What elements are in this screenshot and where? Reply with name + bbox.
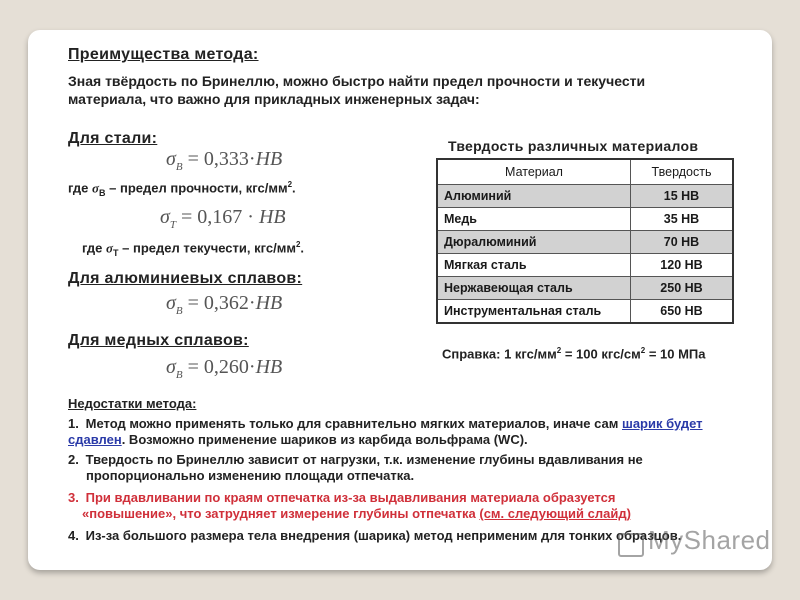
cell-material: Алюминий bbox=[437, 185, 631, 208]
cell-hardness: 35 HB bbox=[631, 208, 734, 231]
copper-title: Для медных сплавов: bbox=[68, 332, 249, 350]
cell-material: Нержавеющая сталь bbox=[437, 277, 631, 300]
steel-formula-yield: σT = 0,167 · HB bbox=[160, 206, 286, 231]
steel-note-strength: где σB – предел прочности, кгс/мм2. bbox=[68, 180, 296, 198]
header-hardness: Твердость bbox=[631, 159, 734, 185]
cell-hardness: 15 HB bbox=[631, 185, 734, 208]
cell-hardness: 250 HB bbox=[631, 277, 734, 300]
hardness-table: Материал Твердость Алюминий 15 HB Медь 3… bbox=[436, 158, 734, 324]
list-item: 4. Из-за большого размера тела внедрения… bbox=[68, 528, 748, 544]
aluminum-title: Для алюминиевых сплавов: bbox=[68, 270, 302, 288]
list-item: 1. Метод можно применять только для срав… bbox=[68, 416, 748, 448]
header-material: Материал bbox=[437, 159, 631, 185]
table-row: Инструментальная сталь 650 HB bbox=[437, 300, 733, 324]
table-title: Твердость различных материалов bbox=[448, 138, 698, 154]
advantages-line-1: Зная твёрдость по Бринеллю, можно быстро… bbox=[68, 72, 645, 90]
steel-title: Для стали: bbox=[68, 130, 157, 148]
table-header-row: Материал Твердость bbox=[437, 159, 733, 185]
copper-formula: σB = 0,260·HB bbox=[166, 356, 282, 381]
steel-note-yield: где σT – предел текучести, кгс/мм2. bbox=[82, 240, 304, 258]
cell-hardness: 650 HB bbox=[631, 300, 734, 324]
cell-material: Мягкая сталь bbox=[437, 254, 631, 277]
list-item: 2. Твердость по Бринеллю зависит от нагр… bbox=[68, 452, 748, 484]
cell-hardness: 70 HB bbox=[631, 231, 734, 254]
advantages-text: Зная твёрдость по Бринеллю, можно быстро… bbox=[68, 72, 645, 108]
unit-reference: Справка: 1 кгс/мм2 = 100 кгс/см2 = 10 МП… bbox=[442, 346, 706, 361]
watermark-text: MyShared bbox=[648, 525, 771, 556]
hardness-table-wrap: Материал Твердость Алюминий 15 HB Медь 3… bbox=[436, 158, 734, 324]
aluminum-formula: σB = 0,362·HB bbox=[166, 292, 282, 317]
table-row: Медь 35 HB bbox=[437, 208, 733, 231]
cell-material: Инструментальная сталь bbox=[437, 300, 631, 324]
cell-material: Дюралюминий bbox=[437, 231, 631, 254]
watermark-icon bbox=[618, 533, 644, 557]
advantages-title: Преимущества метода: bbox=[68, 46, 259, 64]
table-row: Дюралюминий 70 HB bbox=[437, 231, 733, 254]
next-slide-link[interactable]: (см. следующий слайд) bbox=[479, 506, 631, 521]
table-row: Алюминий 15 HB bbox=[437, 185, 733, 208]
advantages-line-2: материала, что важно для прикладных инже… bbox=[68, 90, 645, 108]
cell-material: Медь bbox=[437, 208, 631, 231]
slide-card: Преимущества метода: Зная твёрдость по Б… bbox=[28, 30, 772, 570]
disadvantages-title: Недостатки метода: bbox=[68, 396, 196, 411]
cell-hardness: 120 HB bbox=[631, 254, 734, 277]
list-item: 3. При вдавливании по краям отпечатка из… bbox=[68, 490, 748, 522]
steel-formula-strength: σB = 0,333·HB bbox=[166, 148, 282, 173]
table-row: Мягкая сталь 120 HB bbox=[437, 254, 733, 277]
table-row: Нержавеющая сталь 250 HB bbox=[437, 277, 733, 300]
